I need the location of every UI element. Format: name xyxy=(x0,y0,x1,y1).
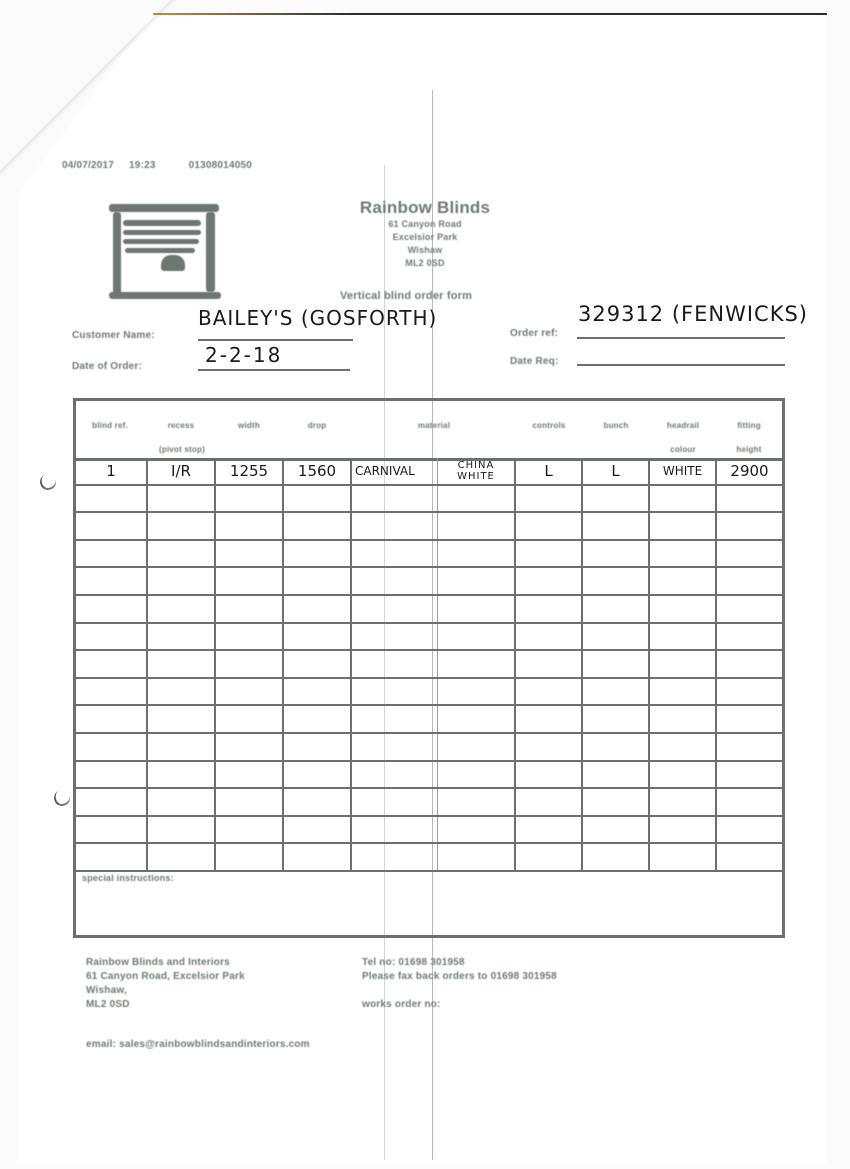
table-cell[interactable] xyxy=(583,734,650,760)
table-cell[interactable] xyxy=(352,734,438,760)
table-cell[interactable] xyxy=(438,789,516,815)
table-header: blind ref. recess (pivot stop) width dro… xyxy=(76,401,782,461)
table-cell[interactable] xyxy=(583,789,650,815)
table-cell[interactable] xyxy=(352,513,438,539)
company-address-line: 61 Canyon Road xyxy=(330,218,520,231)
table-cell[interactable] xyxy=(148,596,216,622)
table-cell[interactable] xyxy=(650,706,717,732)
table-cell[interactable] xyxy=(76,706,148,732)
table-cell[interactable] xyxy=(352,596,438,622)
table-cell[interactable] xyxy=(76,596,148,622)
table-cell[interactable] xyxy=(516,513,583,539)
footer-company-line: Wishaw, xyxy=(86,984,245,998)
table-cell[interactable] xyxy=(650,541,717,567)
table-cell[interactable] xyxy=(583,568,650,594)
table-cell[interactable] xyxy=(148,844,216,870)
table-row xyxy=(76,706,782,734)
table-cell[interactable] xyxy=(284,541,352,567)
table-cell[interactable] xyxy=(650,679,717,705)
column-header: blind ref. xyxy=(80,421,140,430)
table-cell[interactable] xyxy=(76,734,148,760)
table-cell[interactable] xyxy=(516,706,583,732)
table-cell[interactable] xyxy=(650,486,717,512)
table-row xyxy=(76,486,782,514)
table-cell[interactable] xyxy=(717,513,782,539)
table-cell[interactable] xyxy=(352,844,438,870)
table-cell[interactable] xyxy=(583,679,650,705)
table-cell[interactable] xyxy=(148,651,216,677)
footer-company-line: ML2 0SD xyxy=(86,998,245,1012)
page-top-edge xyxy=(153,13,827,15)
date-req-label: Date Req: xyxy=(510,356,558,367)
table-cell[interactable] xyxy=(650,844,717,870)
table-cell[interactable] xyxy=(216,568,284,594)
table-cell[interactable] xyxy=(352,624,438,650)
table-cell[interactable] xyxy=(352,817,438,843)
table-cell[interactable] xyxy=(148,706,216,732)
table-cell[interactable]: CARNIVAL xyxy=(352,458,438,484)
table-cell[interactable]: CHINA WHITE xyxy=(438,458,516,484)
table-cell[interactable] xyxy=(284,762,352,788)
table-row xyxy=(76,679,782,707)
table-cell[interactable] xyxy=(438,513,516,539)
table-row xyxy=(76,624,782,652)
table-row xyxy=(76,513,782,541)
table-cell[interactable] xyxy=(76,762,148,788)
table-row xyxy=(76,844,782,872)
column-header: width xyxy=(216,421,282,430)
table-cell[interactable] xyxy=(216,789,284,815)
table-cell[interactable] xyxy=(148,817,216,843)
table-cell[interactable] xyxy=(717,651,782,677)
table-cell[interactable] xyxy=(352,706,438,732)
table-cell[interactable] xyxy=(76,541,148,567)
table-cell[interactable] xyxy=(516,734,583,760)
table-cell[interactable] xyxy=(148,734,216,760)
table-cell[interactable] xyxy=(717,706,782,732)
table-cell[interactable] xyxy=(76,817,148,843)
table-cell[interactable] xyxy=(284,679,352,705)
table-cell[interactable] xyxy=(583,596,650,622)
table-cell[interactable] xyxy=(352,541,438,567)
order-ref-underline xyxy=(577,337,785,339)
table-cell[interactable]: 2900 xyxy=(717,458,782,484)
company-address-line: ML2 0SD xyxy=(330,257,520,270)
form-title: Vertical blind order form xyxy=(340,290,472,302)
order-table: blind ref. recess (pivot stop) width dro… xyxy=(73,398,785,938)
table-cell[interactable] xyxy=(717,679,782,705)
order-ref-value[interactable]: 329312 (FENWICKS) xyxy=(578,302,808,326)
customer-name-value[interactable]: BAILEY'S (GOSFORTH) xyxy=(198,306,437,330)
table-cell[interactable] xyxy=(148,541,216,567)
table-cell[interactable] xyxy=(583,706,650,732)
table-cell[interactable] xyxy=(717,596,782,622)
table-cell[interactable] xyxy=(216,734,284,760)
table-cell[interactable] xyxy=(583,762,650,788)
table-cell[interactable] xyxy=(216,486,284,512)
table-cell[interactable]: I/R xyxy=(148,458,216,484)
table-cell[interactable] xyxy=(76,789,148,815)
date-of-order-label: Date of Order: xyxy=(72,361,142,372)
table-cell[interactable] xyxy=(717,568,782,594)
table-cell[interactable] xyxy=(284,568,352,594)
footer-company-line: 61 Canyon Road, Excelsior Park xyxy=(86,970,245,984)
company-header: Rainbow Blinds 61 Canyon Road Excelsior … xyxy=(330,198,520,270)
table-cell[interactable] xyxy=(583,817,650,843)
column-header: material xyxy=(352,421,516,430)
works-order-label: works order no: xyxy=(362,998,557,1012)
table-cell[interactable] xyxy=(216,624,284,650)
table-cell[interactable] xyxy=(216,762,284,788)
table-cell[interactable] xyxy=(216,596,284,622)
table-cell[interactable] xyxy=(516,789,583,815)
customer-name-label: Customer Name: xyxy=(72,330,155,341)
column-header: controls xyxy=(516,421,582,430)
table-cell[interactable] xyxy=(76,568,148,594)
table-row: 1I/R12551560CARNIVALCHINA WHITELLWHITE29… xyxy=(76,458,782,486)
table-cell[interactable] xyxy=(352,486,438,512)
table-cell[interactable] xyxy=(76,513,148,539)
special-instructions-box[interactable]: special instructions: xyxy=(76,869,782,935)
table-cell[interactable] xyxy=(76,844,148,870)
table-cell[interactable] xyxy=(438,762,516,788)
column-subheader: height xyxy=(717,445,781,454)
company-address-line: Excelsior Park xyxy=(330,231,520,244)
table-cell[interactable] xyxy=(583,624,650,650)
table-row xyxy=(76,541,782,569)
table-cell[interactable] xyxy=(717,541,782,567)
table-cell[interactable] xyxy=(650,789,717,815)
table-cell[interactable] xyxy=(438,706,516,732)
table-cell[interactable] xyxy=(148,679,216,705)
table-row xyxy=(76,568,782,596)
table-cell[interactable] xyxy=(717,844,782,870)
table-cell[interactable] xyxy=(148,486,216,512)
table-row xyxy=(76,789,782,817)
table-cell[interactable] xyxy=(76,486,148,512)
company-address-line: Wishaw xyxy=(330,244,520,257)
column-header: fitting xyxy=(717,421,781,430)
table-cell[interactable] xyxy=(76,679,148,705)
table-row xyxy=(76,596,782,624)
table-cell[interactable] xyxy=(516,679,583,705)
table-cell[interactable] xyxy=(216,679,284,705)
table-cell[interactable] xyxy=(583,486,650,512)
date-of-order-underline xyxy=(198,369,350,371)
table-cell[interactable] xyxy=(284,789,352,815)
table-cell[interactable] xyxy=(583,651,650,677)
table-cell[interactable] xyxy=(516,844,583,870)
table-cell[interactable]: L xyxy=(516,458,583,484)
footer-contact-block: Tel no: 01698 301958 Please fax back ord… xyxy=(362,956,557,1012)
table-cell[interactable]: 1255 xyxy=(216,458,284,484)
column-subheader: colour xyxy=(650,445,716,454)
table-cell[interactable] xyxy=(284,651,352,677)
date-of-order-value[interactable]: 2-2-18 xyxy=(205,343,282,367)
fax-number: 01308014050 xyxy=(189,160,252,171)
table-cell[interactable] xyxy=(148,762,216,788)
company-name: Rainbow Blinds xyxy=(330,198,520,218)
table-cell[interactable] xyxy=(516,651,583,677)
table-cell[interactable] xyxy=(438,651,516,677)
table-cell[interactable] xyxy=(148,789,216,815)
table-row xyxy=(76,651,782,679)
special-instructions-label: special instructions: xyxy=(82,873,174,883)
footer-tel: Tel no: 01698 301958 xyxy=(362,956,557,970)
table-cell[interactable] xyxy=(650,651,717,677)
table-cell[interactable] xyxy=(352,679,438,705)
column-subheader: (pivot stop) xyxy=(142,445,222,454)
table-cell[interactable] xyxy=(717,486,782,512)
table-cell[interactable] xyxy=(438,596,516,622)
table-cell[interactable]: WHITE xyxy=(650,458,717,484)
table-cell[interactable] xyxy=(583,844,650,870)
table-cell[interactable] xyxy=(216,651,284,677)
table-row xyxy=(76,817,782,845)
table-cell[interactable] xyxy=(284,596,352,622)
table-cell[interactable] xyxy=(284,513,352,539)
fax-header: 04/07/2017 19:23 01308014050 xyxy=(62,160,264,171)
table-cell[interactable] xyxy=(516,596,583,622)
table-cell[interactable] xyxy=(438,817,516,843)
column-header: recess xyxy=(148,421,214,430)
table-cell[interactable] xyxy=(650,513,717,539)
table-row xyxy=(76,734,782,762)
column-header: bunch xyxy=(583,421,649,430)
table-cell[interactable] xyxy=(516,541,583,567)
table-cell[interactable] xyxy=(516,762,583,788)
footer-email[interactable]: email: sales@rainbowblindsandinteriors.c… xyxy=(86,1038,310,1052)
table-cell[interactable]: L xyxy=(583,458,650,484)
table-cell[interactable] xyxy=(216,817,284,843)
table-cell[interactable] xyxy=(438,486,516,512)
table-cell[interactable] xyxy=(650,762,717,788)
table-row xyxy=(76,762,782,790)
table-cell[interactable] xyxy=(583,541,650,567)
table-cell[interactable] xyxy=(438,844,516,870)
table-cell[interactable] xyxy=(516,486,583,512)
table-cell[interactable] xyxy=(284,734,352,760)
table-cell[interactable] xyxy=(717,624,782,650)
table-cell[interactable]: 1560 xyxy=(284,458,352,484)
table-cell[interactable] xyxy=(717,762,782,788)
table-cell[interactable] xyxy=(216,513,284,539)
table-cell[interactable] xyxy=(717,817,782,843)
footer-fax-note: Please fax back orders to 01698 301958 xyxy=(362,970,557,984)
table-cell[interactable] xyxy=(284,844,352,870)
table-cell[interactable] xyxy=(516,624,583,650)
table-cell[interactable] xyxy=(650,568,717,594)
table-cell[interactable] xyxy=(284,706,352,732)
order-ref-label: Order ref: xyxy=(510,328,558,339)
table-cell[interactable] xyxy=(650,624,717,650)
table-cell[interactable] xyxy=(352,651,438,677)
table-cell[interactable] xyxy=(284,624,352,650)
table-cell[interactable] xyxy=(352,568,438,594)
table-cell[interactable] xyxy=(76,624,148,650)
table-cell[interactable] xyxy=(76,651,148,677)
footer-company-line: Rainbow Blinds and Interiors xyxy=(86,956,245,970)
table-cell[interactable] xyxy=(438,568,516,594)
table-cell[interactable] xyxy=(438,541,516,567)
table-cell[interactable] xyxy=(583,513,650,539)
table-cell[interactable] xyxy=(352,789,438,815)
table-cell[interactable] xyxy=(717,734,782,760)
table-cell[interactable] xyxy=(148,513,216,539)
company-logo-blind-icon xyxy=(103,200,223,300)
table-cell[interactable] xyxy=(516,817,583,843)
table-cell[interactable] xyxy=(148,624,216,650)
customer-name-underline xyxy=(198,339,353,341)
column-header: drop xyxy=(284,421,350,430)
fax-date: 04/07/2017 xyxy=(62,160,114,171)
table-cell[interactable] xyxy=(650,596,717,622)
table-cell[interactable] xyxy=(284,486,352,512)
table-cell[interactable] xyxy=(438,679,516,705)
footer-company-block: Rainbow Blinds and Interiors 61 Canyon R… xyxy=(86,956,245,1012)
table-cell[interactable] xyxy=(216,844,284,870)
table-cell[interactable]: 1 xyxy=(76,458,148,484)
table-cell[interactable] xyxy=(650,734,717,760)
table-cell[interactable] xyxy=(650,817,717,843)
table-cell[interactable] xyxy=(284,817,352,843)
table-cell[interactable] xyxy=(516,568,583,594)
column-header: headrail xyxy=(650,421,716,430)
table-cell[interactable] xyxy=(352,762,438,788)
date-req-underline xyxy=(577,364,785,366)
table-cell[interactable] xyxy=(438,734,516,760)
fax-time: 19:23 xyxy=(129,160,156,171)
table-cell[interactable] xyxy=(216,541,284,567)
table-cell[interactable] xyxy=(438,624,516,650)
table-cell[interactable] xyxy=(148,568,216,594)
table-cell[interactable] xyxy=(717,789,782,815)
table-cell[interactable] xyxy=(216,706,284,732)
